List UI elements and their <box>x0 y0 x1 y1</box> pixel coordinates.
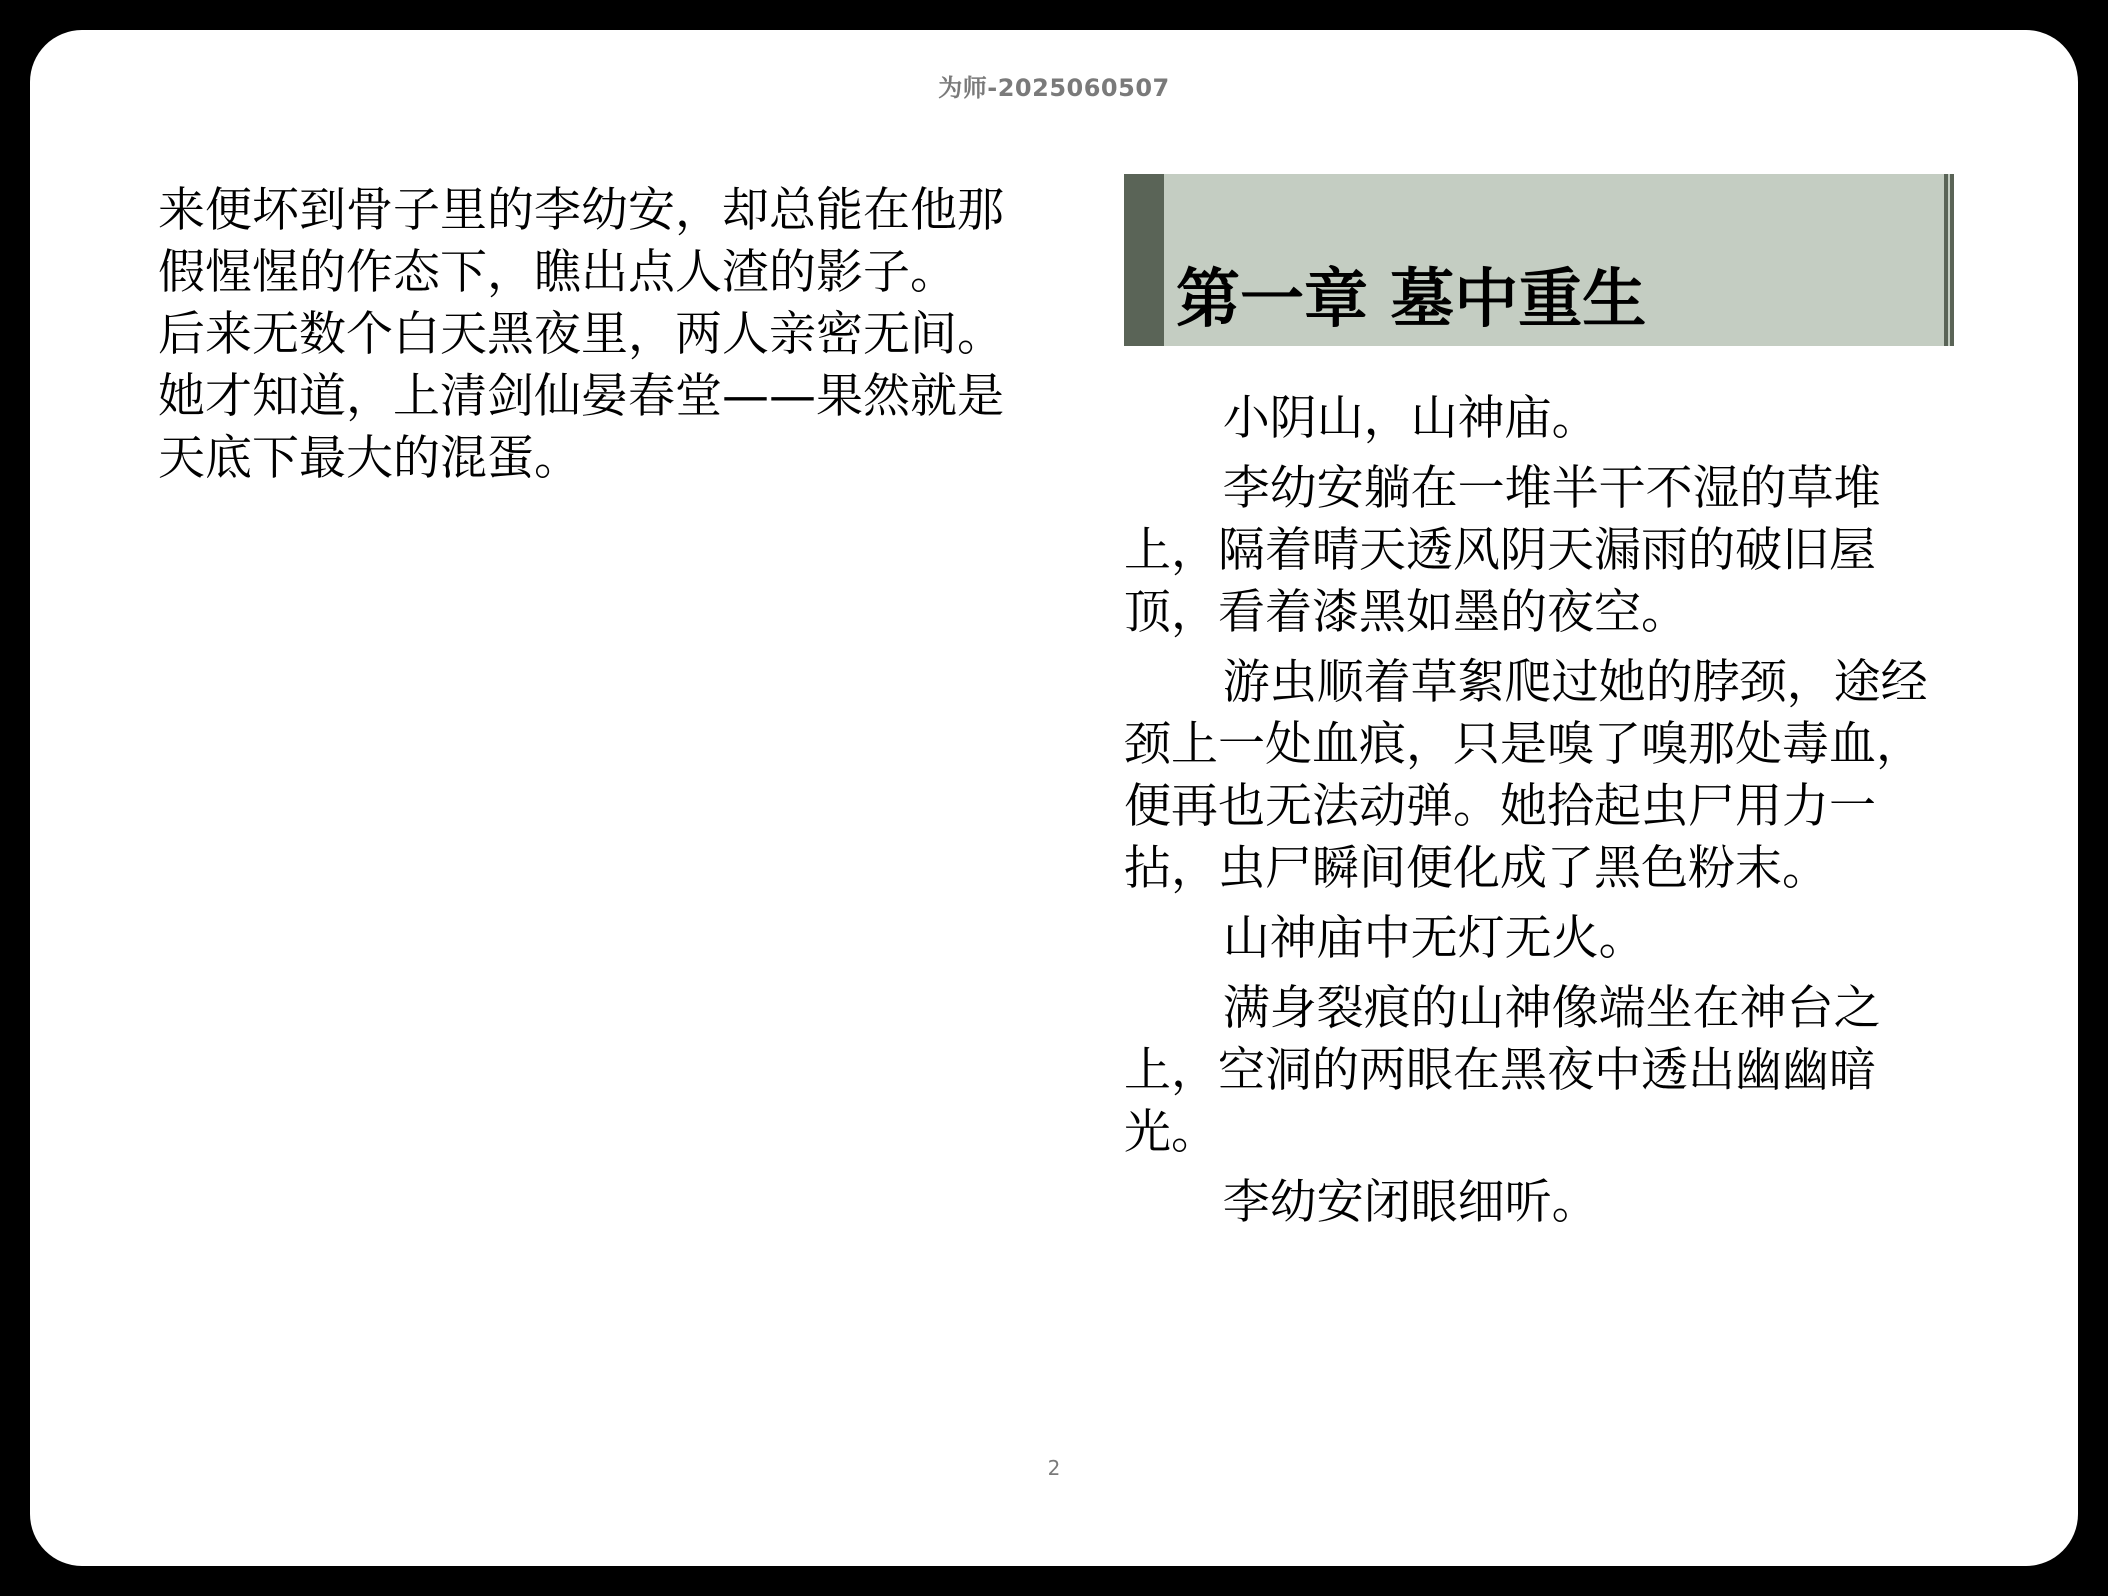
paragraph: 李幼安躺在一堆半干不湿的草堆上，隔着晴天透风阴天漏雨的破旧屋顶，看着漆黑如墨的夜… <box>1124 458 1954 644</box>
paragraph: 游虫顺着草絮爬过她的脖颈，途经颈上一处血痕，只是嗅了嗅那处毒血，便再也无法动弹。… <box>1124 652 1954 900</box>
paragraph: 山神庙中无灯无火。 <box>1124 908 1954 970</box>
paragraph: 李幼安闭眼细听。 <box>1124 1172 1954 1234</box>
paragraph: 小阴山，山神庙。 <box>1124 388 1954 450</box>
chapter-heading-box: 第一章 墓中重生 <box>1124 174 1954 346</box>
right-column: 第一章 墓中重生 小阴山，山神庙。 李幼安躺在一堆半干不湿的草堆上，隔着晴天透风… <box>1124 174 1954 1242</box>
page-number: 2 <box>30 1456 2078 1480</box>
running-header: 为师-2025060507 <box>30 68 2078 103</box>
book-page: 为师-2025060507 来便坏到骨子里的李幼安，却总能在他那假惺惺的作态下，… <box>30 30 2078 1566</box>
chapter-body: 小阴山，山神庙。 李幼安躺在一堆半干不湿的草堆上，隔着晴天透风阴天漏雨的破旧屋顶… <box>1124 388 1954 1234</box>
paragraph: 来便坏到骨子里的李幼安，却总能在他那假惺惺的作态下，瞧出点人渣的影子。 后来无数… <box>158 180 1018 490</box>
left-column: 来便坏到骨子里的李幼安，却总能在他那假惺惺的作态下，瞧出点人渣的影子。 后来无数… <box>158 180 1018 490</box>
chapter-title: 第一章 墓中重生 <box>1176 262 1646 338</box>
paragraph: 满身裂痕的山神像端坐在神台之上，空洞的两眼在黑夜中透出幽幽暗光。 <box>1124 978 1954 1164</box>
